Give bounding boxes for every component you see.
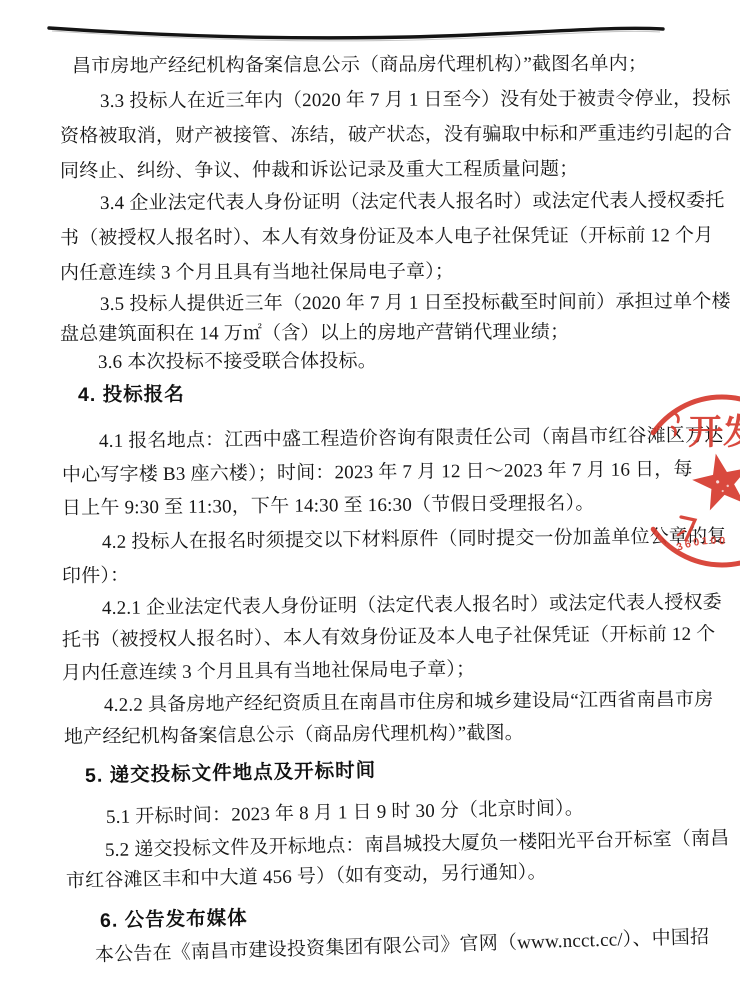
- text-line: 同终止、纠纷、争议、仲裁和诉讼记录及重大工程质量问题；: [60, 158, 579, 184]
- official-seal: 开发 360100: [648, 383, 740, 583]
- seal-star-icon: [688, 448, 740, 513]
- text-line: 书（被授权人报名时）、本人有效身份证及本人电子社保凭证（开标前 12 个月: [60, 224, 714, 251]
- text-line: 内任意连续 3 个月且具有当地社保局电子章）；: [60, 260, 454, 286]
- text-line: 盘总建筑面积在 14 万㎡（含）以上的房地产营销代理业绩；: [60, 321, 569, 347]
- text-line: 3.3 投标人在近三年内（2020 年 7 月 1 日至今）没有处于被责令停业，…: [100, 87, 731, 114]
- text-line: 本公告在《南昌市建设投资集团有限公司》官网（www.ncct.cc/）、中国招: [95, 926, 710, 968]
- text-line: 3.4 企业法定代表人身份证明（法定代表人报名时）或法定代表人授权委托: [100, 189, 725, 216]
- text-line: 日上午 9:30 至 11:30，下午 14:30 至 16:30（节假日受理报…: [62, 492, 595, 521]
- text-line: 托书（被授权人报名时）、本人有效身份证及本人电子社保凭证（开标前 12 个: [62, 623, 716, 653]
- seal-text: 开发: [688, 413, 740, 452]
- text-line: 4.2.1 企业法定代表人身份证明（法定代表人报名时）或法定代表人授权委: [102, 591, 722, 621]
- text-line: 昌市房地产经纪机构备案信息公示（商品房代理机构）”截图名单内；: [72, 52, 647, 79]
- text-line: 地产经纪机构备案信息公示（商品房代理机构）”截图。: [64, 722, 524, 750]
- text-line: 印件）：: [62, 564, 130, 589]
- text-line: 月内任意连续 3 个月且具有当地社保局电子章）；: [62, 658, 476, 686]
- scanned-document-page: 昌市房地产经纪机构备案信息公示（商品房代理机构）”截图名单内； 3.3 投标人在…: [0, 0, 740, 995]
- scan-edge-artifact: [0, 0, 740, 52]
- text-line: 5.1 开标时间：2023 年 8 月 1 日 9 时 30 分（北京时间）。: [106, 797, 584, 830]
- section-heading-5: 5. 递交投标文件地点及开标时间: [85, 758, 377, 788]
- text-line: 中心写字楼 B3 座六楼）；时间：2023 年 7 月 12 日～2023 年 …: [62, 458, 693, 488]
- text-line: 3.5 投标人提供近三年（2020 年 7 月 1 日至投标截至时间前）承担过单…: [100, 290, 731, 317]
- text-line: 4.2 投标人在报名时须提交以下材料原件（同时提交一份加盖单位公章的复: [102, 525, 727, 555]
- text-line: 资格被取消，财产被接管、冻结，破产状态，没有骗取中标和严重违约引起的合: [60, 122, 732, 149]
- text-line: 5.2 递交投标文件及开标地点：南昌城投大厦负一楼阳光平台开标室（南昌: [105, 827, 730, 863]
- section-heading-4: 4. 投标报名: [78, 383, 185, 407]
- text-line: 3.6 本次投标不接受联合体投标。: [98, 350, 377, 375]
- svg-text:360100: 360100: [675, 535, 728, 554]
- text-line: 市红谷滩区丰和中大道 456 号）（如有变动，另行通知）。: [66, 861, 547, 894]
- text-line: 4.2.2 具备房地产经纪资质且在南昌市住房和城乡建设局“江西省南昌市房: [104, 688, 714, 718]
- section-heading-6: 6. 公告发布媒体: [100, 906, 248, 933]
- seal-serial-number: 360100: [675, 535, 728, 554]
- text-line: 4.1 报名地点：江西中盛工程造价咨询有限责任公司（南昌市红谷滩区万达: [99, 424, 724, 454]
